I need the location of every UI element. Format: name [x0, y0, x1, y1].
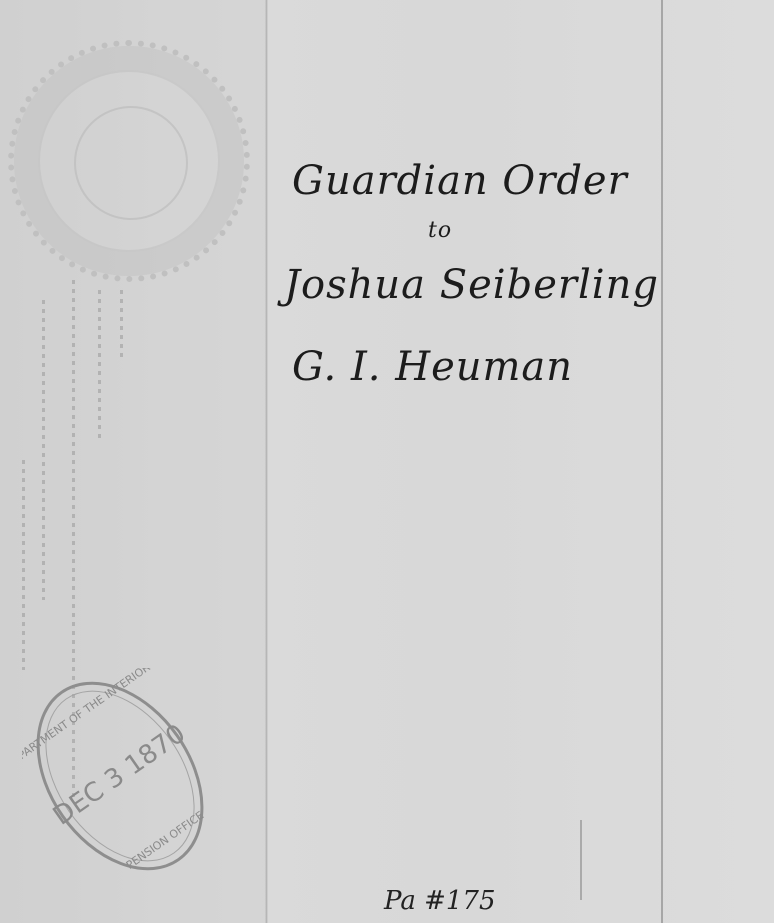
reference-number: Pa #175: [384, 886, 496, 916]
heading-guardian-order: Guardian Order: [292, 158, 628, 204]
pension-office-stamp-icon: DEPARTMENT OF THE INTERIOR PENSION OFFIC…: [22, 668, 218, 884]
svg-text:DEC 3 1870: DEC 3 1870: [48, 719, 191, 832]
embossed-seal-icon: [8, 40, 250, 282]
heading-signatory: G. I. Heuman: [292, 344, 573, 390]
heading-to: to: [428, 218, 452, 243]
fold-line-left: [265, 0, 268, 923]
ink-mark: [580, 820, 582, 900]
heading-recipient: Joshua Seiberling: [284, 262, 659, 308]
fold-line-right: [661, 0, 663, 923]
